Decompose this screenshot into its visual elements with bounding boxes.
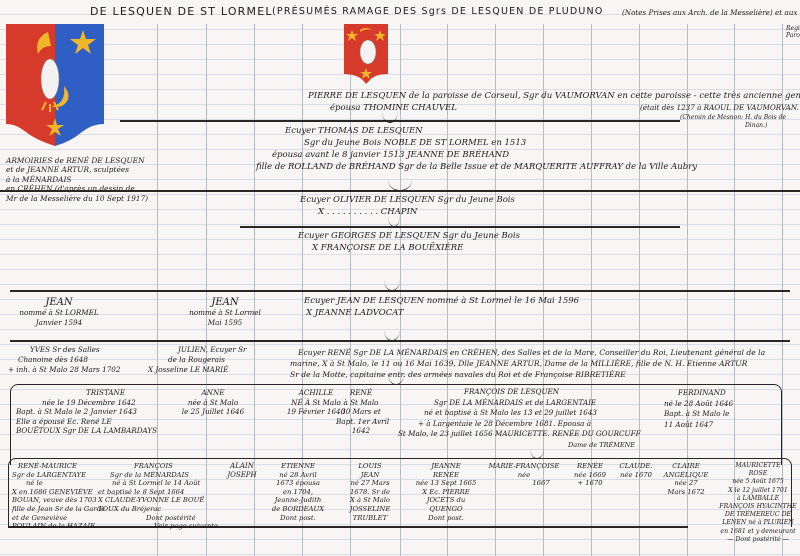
gen1-note: (Chemin de Mesnon: H. du Bois de (680, 115, 786, 122)
person-detail: née le 19 Décembre 1642 (16, 398, 157, 408)
page-title: DE LESQUEN DE ST LORMEL (90, 6, 273, 19)
person-detail: ROSE (716, 470, 800, 478)
person-detail: née 13 Sept 1665 (414, 479, 478, 488)
gen8-jeanne: JEANNE RENÉE née 13 Sept 1665 X Ec. PIER… (414, 462, 478, 522)
gen7-anne: ANNE née à St Malo le 25 Juillet 1646 (178, 388, 248, 417)
caption-line: et de JEANNE ARTUR, sculptées (6, 165, 148, 174)
gen3-spouse: X . . . . . . . . . . CHAPIN (318, 208, 417, 218)
gen8-alain: ALAIN JOSEPH (222, 462, 262, 480)
gen8-francois: FRANÇOIS Sgr de la MÉNARDAIS né à St Lor… (98, 462, 218, 531)
person-name: MAURICETTE (716, 462, 800, 470)
gen8-etienne: ETIENNE né 28 Avril 1673 épousa en 1704,… (268, 462, 328, 522)
generation-rule (10, 340, 790, 342)
person-detail: JOSSELINE (340, 505, 400, 514)
person-detail: né à St Lormel le 14 Août (98, 479, 218, 488)
genealogy-sheet: DE LESQUEN DE ST LORMEL (PRÉSUMÉS RAMAGE… (0, 0, 800, 556)
arms-caption: ARMOIRIES de RENÉ DE LESQUEN et de JEANN… (6, 156, 148, 203)
person-name: FRANÇOIS (98, 462, 218, 471)
person-name: FERDINAND (664, 388, 733, 399)
person-detail: JOSEPH (222, 471, 262, 480)
gen4-spouse: X FRANÇOISE DE LA BOUËXIÈRE (312, 244, 463, 254)
gen4-georges: Ecuyer GEORGES DE LESQUEN Sgr du Jeune B… (298, 232, 520, 242)
person-name: MARIE-FRANÇOISE (488, 462, 560, 471)
person-detail: RENÉE (414, 471, 478, 480)
person-detail: en 1681 et y demeurant (716, 528, 800, 536)
person-detail: Janvier 1594 (14, 318, 104, 328)
gen2-title: Sgr du Jeune Bois NOBLE DE ST LORMEL en … (304, 139, 526, 149)
person-detail: à St Malo (336, 398, 386, 408)
person-detail: + à Largentaie le 28 Décembre 1681. Epou… (398, 419, 641, 430)
person-detail: Bapt. à St Malo le 2 Janvier 1643 (16, 407, 157, 417)
person-name: ETIENNE (268, 462, 328, 471)
generation-rule (120, 120, 680, 122)
person-detail: Sgr de LARGENTAYE (12, 471, 105, 480)
person-detail: ANGÉLIQUE (662, 471, 710, 480)
gen7-rene: RENÉ à St Malo 30 Mars et Bapt. 1er Avri… (336, 388, 386, 436)
gen8-mauricette: MAURICETTE ROSE née 5 Août 1675 X le 12 … (716, 462, 800, 544)
coat-of-arms-icon (344, 24, 388, 84)
person-detail: X à St Malo (340, 496, 400, 505)
person-detail: BOUAN, veuve dès 1703 (12, 496, 105, 505)
person-detail: 1673 épousa (268, 479, 328, 488)
person-detail: nommé à St Lormel (180, 308, 270, 318)
person-detail: 1642 (336, 426, 386, 436)
source-note: (Notes Prises aux Arch. de la Messelière… (622, 9, 797, 17)
person-detail: + inh. à St Malo 28 Mars 1702 (8, 365, 120, 375)
person-detail: le 25 Juillet 1646 (178, 407, 248, 417)
gen2-spouse-parents: fille de ROLLAND de BRÉHAND Sgr de la Be… (256, 163, 697, 173)
person-name: Ecuyer RENÉ Sgr DE LA MÉNARDAIS en CRÉHE… (290, 347, 765, 358)
gen3-olivier: Ecuyer OLIVIER DE LESQUEN Sgr du Jeune B… (300, 196, 515, 206)
person-detail: Elle a épousé Ec. René LE (16, 417, 157, 427)
person-name: JULIEN, Ecuyer Sr (148, 345, 247, 355)
gen8-rene-maurice: RENÉ-MAURICE Sgr de LARGENTAYE né le X e… (12, 462, 105, 531)
person-name: JEANNE (414, 462, 478, 471)
coat-of-arms-icon (6, 24, 104, 146)
person-detail: de BORDEAUX (268, 505, 328, 514)
person-detail: POULAIN de la HAZAIE (12, 522, 105, 531)
person-detail: Dame de TRÉMENE (398, 440, 641, 451)
person-detail: TOUX du Bréjerac (98, 505, 218, 514)
gen8-louis: LOUIS JEAN né 27 Mars 1678. Sr de X à St… (340, 462, 400, 522)
person-detail: QUENGO (414, 505, 478, 514)
person-detail: et de Geneviève (12, 514, 105, 523)
person-name: FRANÇOIS DE LESQUEN (398, 387, 641, 398)
person-detail: né et baptisé à St Malo les 13 et 29 jui… (398, 408, 641, 419)
gen6-yves: YVES Sr des Salles Chanoine dès 1648 + i… (8, 345, 120, 375)
person-detail: née 27 (662, 479, 710, 488)
person-detail: née (488, 471, 560, 480)
person-detail: née à St Malo (178, 398, 248, 408)
person-detail: X en 1686 GENEVIÈVE (12, 488, 105, 497)
generation-rule (240, 226, 680, 228)
person-detail: DE TRÉMEREUC DE (716, 511, 800, 519)
person-detail: Sr de la Motte, capitaine entr. des armé… (290, 369, 765, 380)
person-detail: — Dont postérité — (716, 536, 800, 544)
person-detail: née 1670 (616, 471, 656, 480)
gen7-francois: FRANÇOIS DE LESQUEN Sgr DE LA MÉNARDAIS … (398, 387, 641, 450)
gen2-spouse: épousa avant le 8 janvier 1513 JEANNE DE… (272, 151, 509, 161)
person-detail: née 5 Août 1675 (716, 478, 800, 486)
gen7-tristane: TRISTANE née le 19 Décembre 1642 Bapt. à… (16, 388, 157, 436)
person-detail: de la Rougerais (148, 355, 247, 365)
person-detail: LENEN né à PLURIEN (716, 519, 800, 527)
person-name: ALAIN (222, 462, 262, 471)
caption-line: Mr de la Messelière du 10 Sept 1917) (6, 194, 148, 203)
person-detail: marine, X à St Malo, le 11 ou 16 Mai 163… (290, 358, 765, 369)
person-name: YVES Sr des Salles (8, 345, 120, 355)
person-detail: X le 12 juillet 1701 (716, 487, 800, 495)
person-detail: Mai 1595 (180, 318, 270, 328)
margin-note: Regist. Paroiss. (786, 26, 800, 40)
caption-line: à la MÉNARDAIS (6, 175, 148, 184)
person-detail: 1667 (488, 479, 560, 488)
caption-line: en CRÉHEN (d'après un dessin de (6, 184, 148, 193)
gen5-spouse: X JEANNE LADVOCAT (306, 309, 404, 319)
gen8-marie-francoise: MARIE-FRANÇOISE née 1667 (488, 462, 560, 488)
person-detail: Bapt. à St Malo le (664, 409, 733, 420)
person-detail: 11 Août 1647 (664, 420, 733, 431)
gen2-thomas: Ecuyer THOMAS DE LESQUEN (285, 127, 423, 137)
person-detail: Chanoine dès 1648 (8, 355, 120, 365)
person-name: LOUIS (340, 462, 400, 471)
person-detail: né 27 Mars (340, 479, 400, 488)
person-detail: + 1670 (570, 479, 610, 488)
person-detail: Jeanne-Judith (268, 496, 328, 505)
caption-line: ARMOIRIES de RENÉ DE LESQUEN (6, 156, 148, 165)
person-detail: JOCETS du (414, 496, 478, 505)
person-detail: Bapt. 1er Avril (336, 417, 386, 427)
person-detail: Dont post. (268, 514, 328, 523)
person-detail: né le (12, 479, 105, 488)
person-detail: BOUËTOUX Sgr DE LA LAMBARDAYS (16, 426, 157, 436)
person-detail: St Malo, le 23 juillet 1656 MAURICETTE. … (398, 429, 641, 440)
person-detail: X Josseline LE MARIÉ (148, 365, 247, 375)
person-detail: nommé à St LORMEL (14, 308, 104, 318)
person-detail: 1678. Sr de (340, 488, 400, 497)
person-detail: X Ec. PIERRE (414, 488, 478, 497)
person-detail: né 28 Avril (268, 471, 328, 480)
page-subtitle: (PRÉSUMÉS RAMAGE DES Sgrs DE LESQUEN DE … (272, 7, 604, 18)
gen6-julien: JULIEN, Ecuyer Sr de la Rougerais X Joss… (148, 345, 247, 375)
person-detail: fille de Jean Sr de la Garde (12, 505, 105, 514)
person-detail: née 1669 (570, 471, 610, 480)
person-detail: Dont postérité (98, 514, 218, 523)
person-detail: FRANÇOIS HYACINTHE (716, 503, 800, 511)
gen7-ferdinand: FERDINAND né le 28 Août 1646 Bapt. à St … (664, 388, 733, 430)
person-name: RENÉE (570, 462, 610, 471)
person-detail: JEAN (340, 471, 400, 480)
person-detail: Dont post. (414, 514, 478, 523)
person-detail: Mars 1672 (662, 488, 710, 497)
gen5-jean-1594: JEAN nommé à St LORMEL Janvier 1594 (14, 298, 104, 328)
person-detail: né le 28 Août 1646 (664, 399, 733, 410)
person-detail: 30 Mars et (336, 407, 386, 417)
gen1-pierre: PIERRE DE LESQUEN de la paroisse de Cors… (308, 92, 800, 102)
gen8-claude: CLAUDE. née 1670 (616, 462, 656, 479)
gen5-jean-main: Ecuyer JEAN DE LESQUEN nommé à St Lormel… (304, 297, 579, 307)
person-detail: Sgr de la MÉNARDAIS (98, 471, 218, 480)
person-name: JEAN (180, 298, 270, 308)
gen8-claire: CLAIRE ANGÉLIQUE née 27 Mars 1672 (662, 462, 710, 496)
gen6-rene: Ecuyer RENÉ Sgr DE LA MÉNARDAIS en CRÉHE… (290, 347, 765, 380)
person-name: CLAIRE (662, 462, 710, 471)
person-name: RENÉ (336, 388, 386, 398)
person-detail: Sgr DE LA MÉNARDAIS et de LARGENTAIE (398, 398, 641, 409)
gen8-renee: RENÉE née 1669 + 1670 (570, 462, 610, 488)
person-detail: à LAMBALLE (716, 495, 800, 503)
person-name: JEAN (14, 298, 104, 308)
person-detail: en 1704, (268, 488, 328, 497)
gen1-note: Dinan.) (745, 123, 767, 130)
gen5-jean-1595: JEAN nommé à St Lormel Mai 1595 (180, 298, 270, 328)
person-detail: X CLAUDE-YVONNE LE BOUË (98, 496, 218, 505)
person-detail: TRUBLET (340, 514, 400, 523)
person-name: RENÉ-MAURICE (12, 462, 105, 471)
person-detail: Voir page suivante (98, 522, 218, 531)
person-name: ANNE (178, 388, 248, 398)
person-name: CLAUDE. (616, 462, 656, 471)
person-name: TRISTANE (16, 388, 157, 398)
gen1-note: (était dès 1237 à RAOUL DE VAUMORVAN. (640, 104, 799, 112)
generation-rule (10, 290, 790, 292)
